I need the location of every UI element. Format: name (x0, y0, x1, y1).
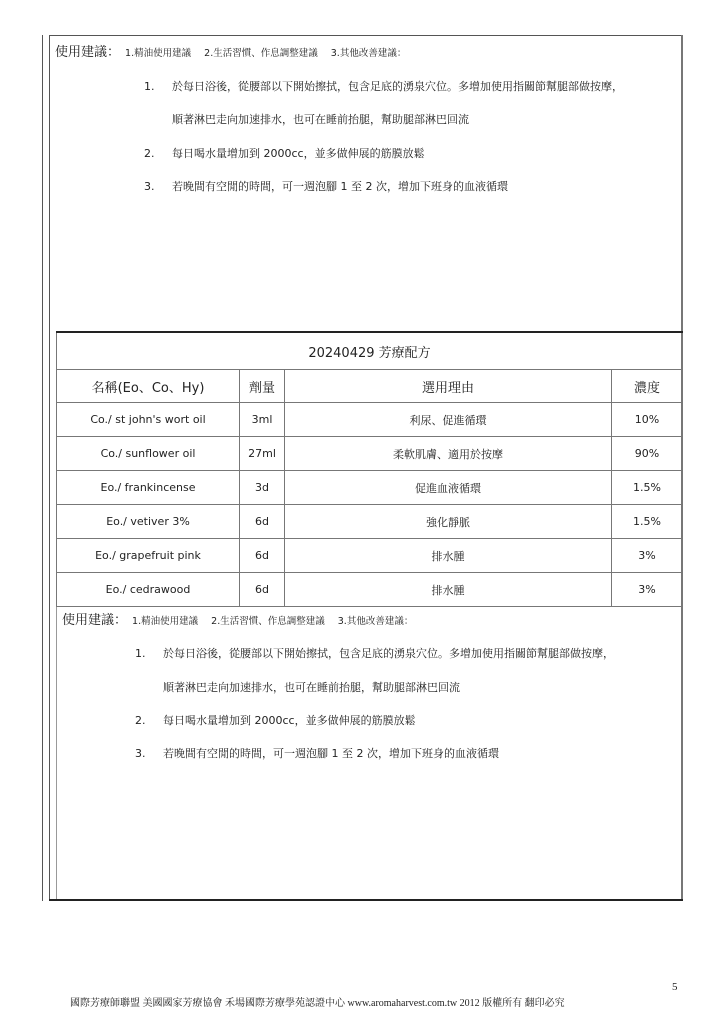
table-row: Co./ st john's wort oil 3ml 利尿、促進循環 10% (57, 403, 683, 437)
cell-reason: 強化靜脈 (285, 505, 612, 539)
cell-concentration: 1.5% (612, 471, 683, 505)
cell-concentration: 10% (612, 403, 683, 437)
item-text: 若晚間有空閒的時間，可一週泡腳 1 至 2 次，增加下班身的血液循環 (163, 747, 499, 760)
bottom-border (49, 899, 683, 901)
header-dose: 劑量 (240, 370, 285, 403)
recipe-table: 20240429 芳療配方 名稱(Eo、Co、Hy) 劑量 選用理由 濃度 Co… (56, 331, 683, 607)
recipe-title: 20240429 芳療配方 (57, 332, 683, 370)
usage-item-1: 1.於每日浴後，從腰部以下開始擦拭，包含足底的湧泉穴位。多增加使用指關節幫腿部做… (144, 78, 623, 94)
usage-item-1-cont: 順著淋巴走向加速排水，也可在睡前抬腿，幫助腿部淋巴回流 (172, 111, 469, 127)
usage-sub-2: 2.生活習慣、作息調整建議 (211, 616, 325, 627)
item-number: 1. (144, 80, 172, 93)
usage-item-3: 3.若晚間有空閒的時間，可一週泡腳 1 至 2 次，增加下班身的血液循環 (135, 745, 499, 761)
top-border (49, 35, 683, 36)
item-text: 每日喝水量增加到 2000cc，並多做伸展的筋膜放鬆 (172, 147, 425, 160)
table-row: Eo./ frankincense 3d 促進血液循環 1.5% (57, 471, 683, 505)
cell-name: Eo./ frankincense (57, 471, 240, 505)
cell-name: Co./ st john's wort oil (57, 403, 240, 437)
item-number: 2. (135, 714, 163, 727)
table-row: Co./ sunflower oil 27ml 柔軟肌膚、適用於按摩 90% (57, 437, 683, 471)
cell-name: Co./ sunflower oil (57, 437, 240, 471)
cell-dose: 3ml (240, 403, 285, 437)
usage-label: 使用建議： (55, 45, 120, 60)
cell-name: Eo./ vetiver 3% (57, 505, 240, 539)
usage-sub-1: 1.精油使用建議 (125, 48, 191, 59)
cell-concentration: 3% (612, 539, 683, 573)
table-header-row: 名稱(Eo、Co、Hy) 劑量 選用理由 濃度 (57, 370, 683, 403)
cell-dose: 6d (240, 539, 285, 573)
cell-reason: 利尿、促進循環 (285, 403, 612, 437)
cell-concentration: 90% (612, 437, 683, 471)
usage-header-top: 使用建議： 1.精油使用建議 2.生活習慣、作息調整建議 3.其他改善建議： (55, 41, 416, 60)
cell-dose: 6d (240, 505, 285, 539)
usage-sub-2: 2.生活習慣、作息調整建議 (204, 48, 318, 59)
item-text: 順著淋巴走向加速排水，也可在睡前抬腿，幫助腿部淋巴回流 (172, 113, 469, 126)
item-number: 3. (135, 747, 163, 760)
table-row: Eo./ vetiver 3% 6d 強化靜脈 1.5% (57, 505, 683, 539)
cell-dose: 27ml (240, 437, 285, 471)
usage-item-2: 2.每日喝水量增加到 2000cc，並多做伸展的筋膜放鬆 (135, 712, 416, 728)
usage-sub-1: 1.精油使用建議 (132, 616, 198, 627)
usage-sub-3: 3.其他改善建議： (331, 48, 407, 59)
usage-item-2: 2.每日喝水量增加到 2000cc，並多做伸展的筋膜放鬆 (144, 145, 425, 161)
usage-sub-3: 3.其他改善建議： (338, 616, 414, 627)
usage-label: 使用建議： (62, 613, 127, 628)
item-text: 於每日浴後，從腰部以下開始擦拭，包含足底的湧泉穴位。多增加使用指關節幫腿部做按摩… (163, 647, 614, 660)
cell-reason: 排水腫 (285, 573, 612, 607)
table-row: Eo./ grapefruit pink 6d 排水腫 3% (57, 539, 683, 573)
header-reason: 選用理由 (285, 370, 612, 403)
usage-item-3: 3.若晚間有空閒的時間，可一週泡腳 1 至 2 次，增加下班身的血液循環 (144, 178, 508, 194)
usage-header-bottom: 使用建議： 1.精油使用建議 2.生活習慣、作息調整建議 3.其他改善建議： (62, 609, 423, 628)
cell-concentration: 3% (612, 573, 683, 607)
outer-left-border (42, 35, 43, 901)
usage-item-1: 1.於每日浴後，從腰部以下開始擦拭，包含足底的湧泉穴位。多增加使用指關節幫腿部做… (135, 645, 614, 661)
cell-dose: 6d (240, 573, 285, 607)
cell-name: Eo./ cedrawood (57, 573, 240, 607)
cell-concentration: 1.5% (612, 505, 683, 539)
usage-item-1-cont: 順著淋巴走向加速排水，也可在睡前抬腿，幫助腿部淋巴回流 (163, 679, 460, 695)
item-number: 1. (135, 647, 163, 660)
item-number: 2. (144, 147, 172, 160)
table-title-row: 20240429 芳療配方 (57, 332, 683, 370)
cell-reason: 柔軟肌膚、適用於按摩 (285, 437, 612, 471)
item-text: 於每日浴後，從腰部以下開始擦拭，包含足底的湧泉穴位。多增加使用指關節幫腿部做按摩… (172, 80, 623, 93)
item-number: 3. (144, 180, 172, 193)
cell-reason: 排水腫 (285, 539, 612, 573)
item-text: 若晚間有空閒的時間，可一週泡腳 1 至 2 次，增加下班身的血液循環 (172, 180, 508, 193)
table-row: Eo./ cedrawood 6d 排水腫 3% (57, 573, 683, 607)
cell-dose: 3d (240, 471, 285, 505)
inner-left-border (49, 35, 50, 901)
header-name: 名稱(Eo、Co、Hy) (57, 370, 240, 403)
cell-name: Eo./ grapefruit pink (57, 539, 240, 573)
header-concentration: 濃度 (612, 370, 683, 403)
item-text: 順著淋巴走向加速排水，也可在睡前抬腿，幫助腿部淋巴回流 (163, 681, 460, 694)
page-number: 5 (672, 981, 678, 993)
footer-text: 國際芳療師聯盟 美國國家芳療協會 禾場國際芳療學苑認證中心 www.aromah… (70, 994, 565, 1009)
cell-reason: 促進血液循環 (285, 471, 612, 505)
item-text: 每日喝水量增加到 2000cc，並多做伸展的筋膜放鬆 (163, 714, 416, 727)
